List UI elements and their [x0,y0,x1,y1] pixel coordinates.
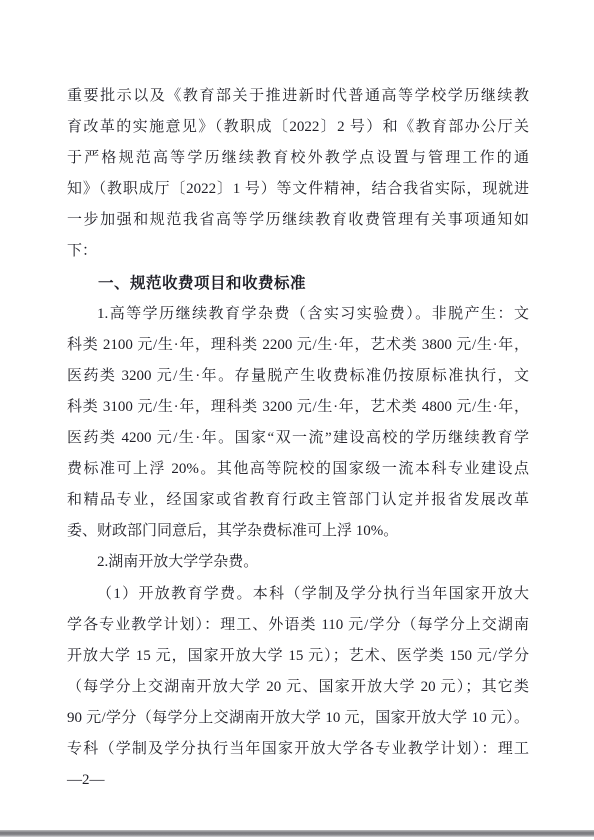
text-line: 重要批示以及《教育部关于推进新时代普通高等学校学历继续教 [67,81,529,112]
text-line: 费标准可上浮 20%。其他高等院校的国家级一流本科专业建设点 [67,454,529,485]
text-line: 于严格规范高等学历继续教育校外教学点设置与管理工作的通 [67,143,529,174]
text-line: （1）开放教育学费。本科（学制及学分执行当年国家开放大 [67,579,529,610]
page-number: —2— [67,765,529,796]
text-line: 医药类 3200 元/生·年。存量脱产生收费标准仍按原标准执行，文 [67,361,529,392]
text-line: 科类 3100 元/生·年，理科类 3200 元/生·年，艺术类 4800 元/… [67,392,529,423]
document-body: 重要批示以及《教育部关于推进新时代普通高等学校学历继续教 育改革的实施意见》（教… [67,81,529,796]
section-heading: 一、规范收费项目和收费标准 [67,268,529,299]
text-line: 和精品专业，经国家或省教育行政主管部门认定并报省发展改革 [67,485,529,516]
text-line: 学各专业教学计划）：理工、外语类 110 元/学分（每学分上交湖南 [67,610,529,641]
text-line: 开放大学 15 元，国家开放大学 15 元）；艺术、医学类 150 元/学分 [67,641,529,672]
text-line: 1.高等学历继续教育学杂费（含实习实验费）。非脱产生：文 [67,299,529,330]
document-page: 重要批示以及《教育部关于推进新时代普通高等学校学历继续教 育改革的实施意见》（教… [0,0,594,840]
text-line: 科类 2100 元/生·年，理科类 2200 元/生·年，艺术类 3800 元/… [67,330,529,361]
text-line: 下： [67,236,529,267]
text-line: 2.湖南开放大学学杂费。 [67,547,529,578]
text-line: 育改革的实施意见》（教职成〔2022〕2 号）和《教育部办公厅关 [67,112,529,143]
text-line: （每学分上交湖南开放大学 20 元、国家开放大学 20 元）；其它类 [67,672,529,703]
text-line: 委、财政部门同意后，其学杂费标准可上浮 10%。 [67,516,529,547]
scan-edge-shadow [0,830,594,837]
text-line: 知》（教职成厅〔2022〕1 号）等文件精神，结合我省实际，现就进 [67,174,529,205]
text-line: 90 元/学分（每学分上交湖南开放大学 10 元，国家开放大学 10 元）。 [67,703,529,734]
text-line: 专科（学制及学分执行当年国家开放大学各专业教学计划）：理工 [67,734,529,765]
text-line: 一步加强和规范我省高等学历继续教育收费管理有关事项通知如 [67,205,529,236]
text-line: 医药类 4200 元/生·年。国家“双一流”建设高校的学历继续教育学 [67,423,529,454]
